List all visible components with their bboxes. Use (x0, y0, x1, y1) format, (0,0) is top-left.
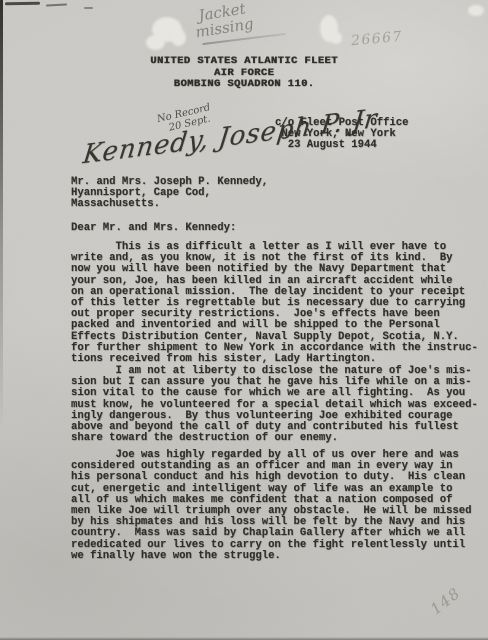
handwritten-page-number: 148 (427, 584, 464, 619)
body-paragraph-3: Joe was highly regarded by all of us ove… (71, 450, 472, 562)
handwritten-file-number: 26667 (350, 29, 403, 49)
letterhead: UNITED STATES ATLANTIC FLEET AIR FORCE B… (0, 56, 488, 91)
scan-mark-top-2 (46, 3, 67, 6)
body-paragraph-2: I am not at liberty to disclose the natu… (71, 366, 478, 444)
scan-mark-top-1 (5, 2, 40, 6)
salutation: Dear Mr. and Mrs. Kennedy: (71, 223, 236, 234)
paper-flaw-spot (468, 5, 484, 16)
scan-mark-top-3 (84, 7, 93, 9)
scanned-letter-page: Jacket missing 26667 No Record 20 Sept. … (0, 0, 488, 640)
handwritten-jacket-missing-note: Jacket missing (192, 0, 255, 40)
paper-flaw-spot (146, 35, 165, 50)
recipient-address: Mr. and Mrs. Joseph P. Kennedy, Hyannisp… (71, 177, 268, 211)
date-and-return-address: c/o Fleet Post Office New York, New York… (275, 118, 409, 152)
paper-flaw-spot (330, 32, 342, 44)
paper-flaw-spot (171, 29, 186, 46)
body-paragraph-1: This is as difficult a letter as I will … (71, 242, 478, 365)
